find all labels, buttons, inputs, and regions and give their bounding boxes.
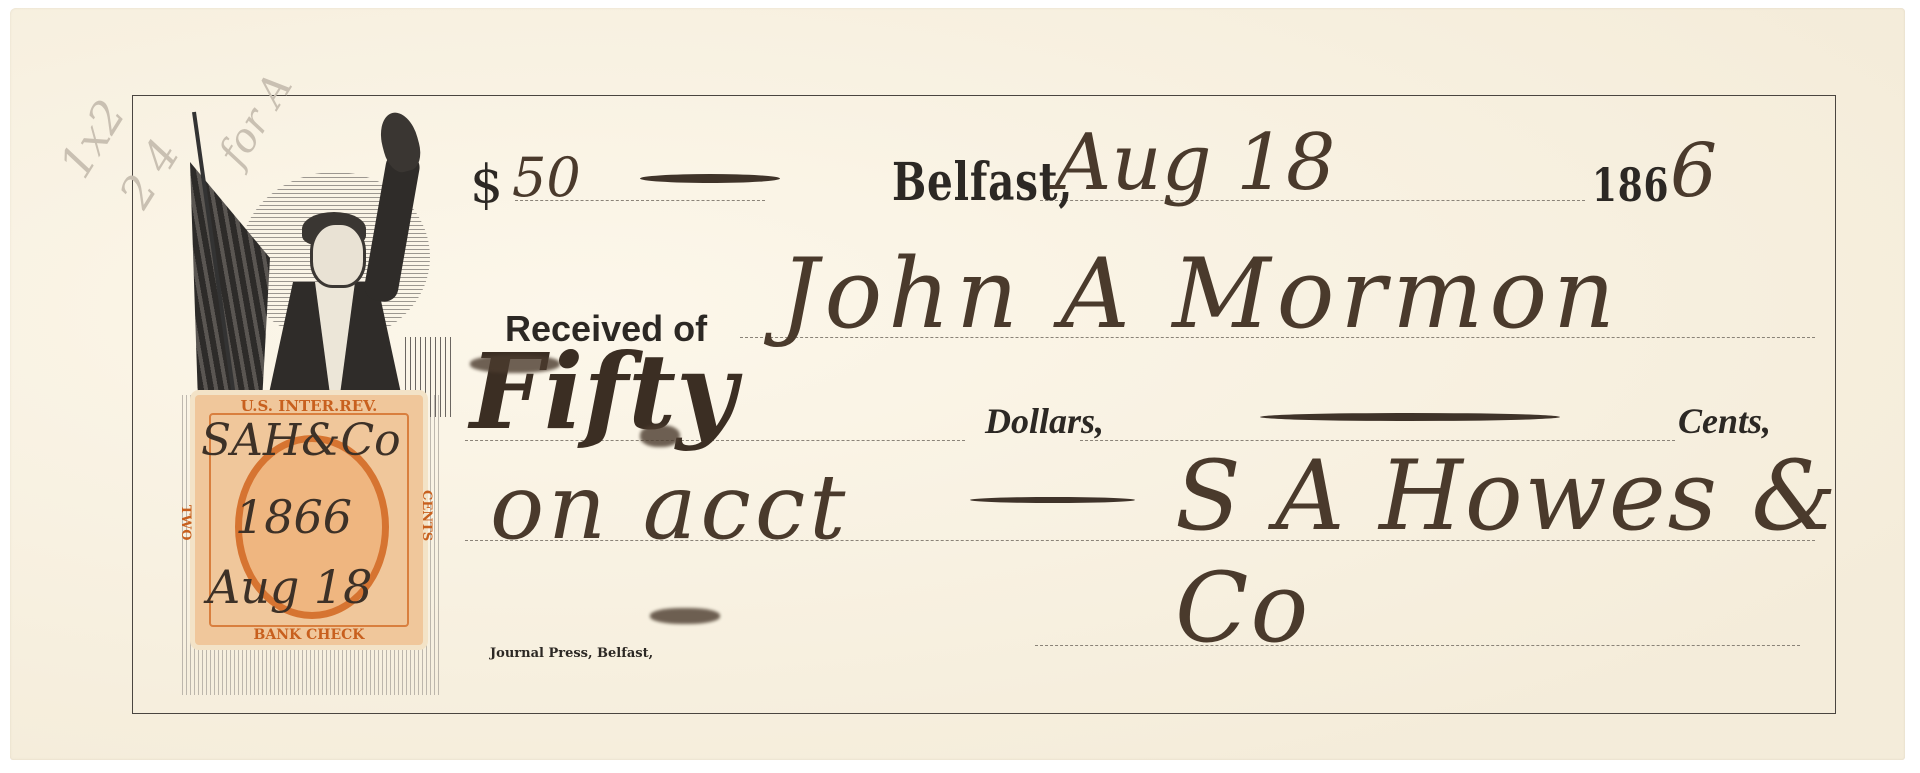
stamp-cancel-line-2: 1866: [235, 490, 352, 544]
amount-numeric: 50: [512, 146, 581, 209]
signature-company: S A Howes & Co: [1175, 440, 1920, 664]
date-handwritten: Aug 18: [1055, 118, 1336, 208]
year-suffix: 6: [1670, 128, 1717, 214]
ink-blot: [640, 425, 680, 447]
dollar-sign: $: [470, 155, 503, 215]
cents-label: Cents,: [1678, 400, 1771, 442]
amount-in-words: Fifty: [470, 330, 737, 453]
stamp-right-text: CENTS: [419, 490, 434, 541]
stamp-bottom-text: BANK CHECK: [195, 627, 423, 643]
figure-head: [310, 222, 366, 288]
stamp-left-text: TWO: [178, 505, 193, 541]
patriot-illustration: [150, 112, 465, 412]
memo-text: on acct: [490, 455, 849, 560]
year-prefix: 186: [1592, 158, 1669, 212]
dollars-label: Dollars,: [985, 400, 1104, 442]
amount-dash-stroke: [640, 174, 780, 183]
ink-smudge: [650, 608, 720, 624]
stamp-cancel-line-3: Aug 18: [207, 560, 372, 614]
printer-imprint: Journal Press, Belfast,: [490, 646, 653, 661]
revenue-stamp: U.S. INTER.REV. TWO CENTS BANK CHECK SAH…: [195, 395, 423, 645]
place-label: Belfast,: [892, 152, 1073, 213]
cents-dash-stroke: [1260, 413, 1560, 421]
stamp-top-text: U.S. INTER.REV.: [195, 397, 423, 415]
memo-dash-stroke: [970, 497, 1135, 503]
ink-blot: [470, 355, 560, 373]
payer-name: John A Mormon: [780, 238, 1621, 350]
stamp-cancel-line-1: SAH&Co: [201, 415, 401, 466]
